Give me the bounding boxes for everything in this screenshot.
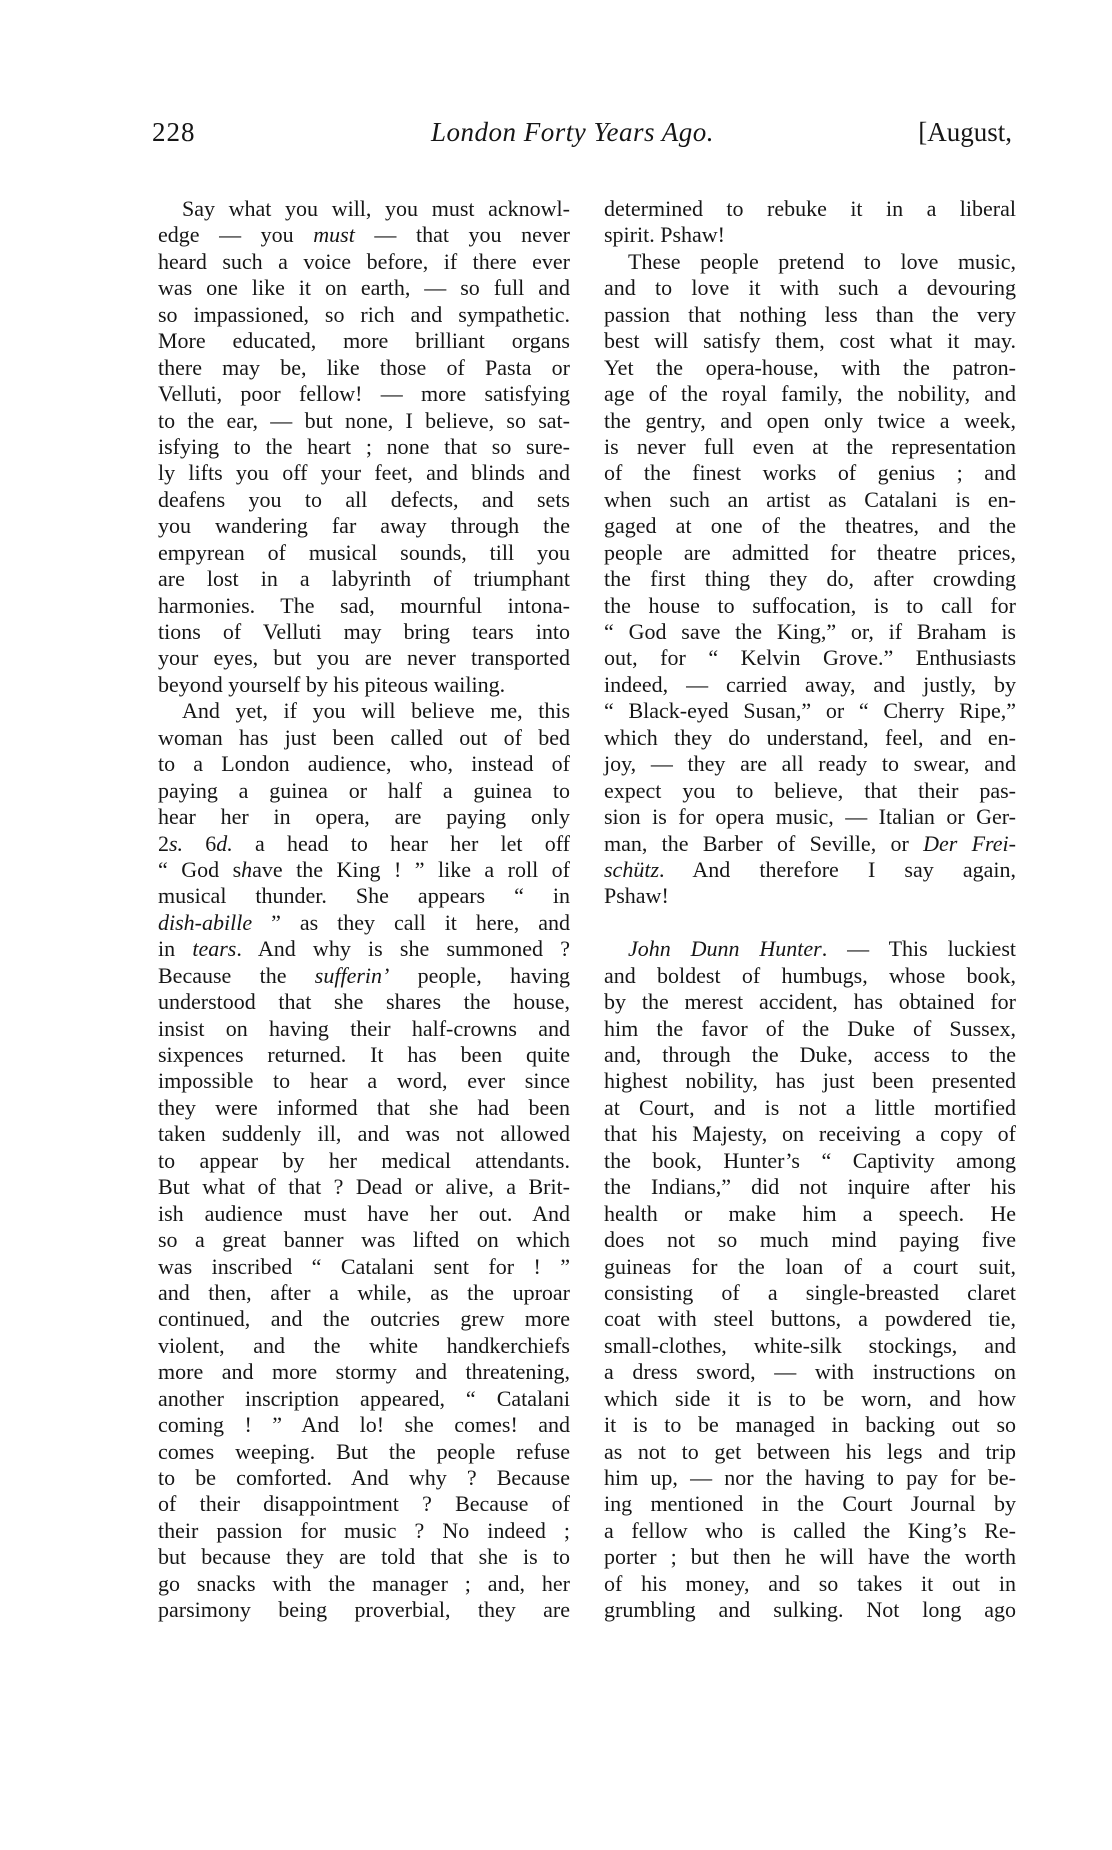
text: spirit. Pshaw!: [604, 222, 725, 247]
text-line: so a great banner was lifted on which: [158, 1227, 570, 1253]
text-line: grumbling and sulking. Not long ago: [604, 1597, 1016, 1623]
text: a fellow who is called the King’s Re-: [604, 1518, 1016, 1543]
text: that his Majesty, on receiving a copy of: [604, 1121, 1016, 1146]
text: small-clothes, white-silk stockings, and: [604, 1333, 1016, 1358]
text-line: are lost in a labyrinth of triumphant: [158, 566, 570, 592]
text-line: does not so much mind paying five: [604, 1227, 1016, 1253]
text: you wandering far away through the: [158, 513, 570, 538]
italic-text: John Dunn Hunter: [628, 936, 822, 961]
text: joy, — they are all ready to swear, and: [604, 751, 1016, 776]
text: so impassioned, so rich and sympathetic.: [158, 302, 570, 327]
text-line: a fellow who is called the King’s Re-: [604, 1518, 1016, 1544]
text-line: porter ; but then he will have the worth: [604, 1544, 1016, 1570]
text: 2: [158, 831, 169, 856]
text-line: And yet, if you will believe me, this: [158, 698, 570, 724]
text-line: ly lifts you off your feet, and blinds a…: [158, 460, 570, 486]
page-number: 228: [152, 114, 196, 150]
text: coat with steel buttons, a powdered tie,: [604, 1306, 1016, 1331]
text-line: was one like it on earth, — so full and: [158, 275, 570, 301]
text: by the merest accident, has obtained for: [604, 989, 1016, 1014]
text: man, the Barber of Seville, or: [604, 831, 923, 856]
text-line: health or make him a speech. He: [604, 1201, 1016, 1227]
italic-text: sufferin’: [315, 963, 390, 988]
text-line: so impassioned, so rich and sympathetic.: [158, 302, 570, 328]
text-line: John Dunn Hunter. — This luckiest: [604, 936, 1016, 962]
text-line: is never full even at the representation: [604, 434, 1016, 460]
text-line: in tears. And why is she summoned ?: [158, 936, 570, 962]
text: there may be, like those of Pasta or: [158, 355, 570, 380]
text-line: spirit. Pshaw!: [604, 222, 1016, 248]
issue-month: [August,: [918, 114, 1012, 150]
text-line: Pshaw!: [604, 883, 1016, 909]
text-line: people are admitted for theatre prices,: [604, 540, 1016, 566]
text: in: [158, 936, 192, 961]
text-line: [604, 910, 1016, 936]
text: 6: [183, 831, 216, 856]
text-line: age of the royal family, the nobility, a…: [604, 381, 1016, 407]
text-line: when such an artist as Catalani is en-: [604, 487, 1016, 513]
text: ” as they call it here, and: [252, 910, 570, 935]
text-line: more and more stormy and threatening,: [158, 1359, 570, 1385]
text-line: there may be, like those of Pasta or: [158, 355, 570, 381]
text-line: they were informed that she had been: [158, 1095, 570, 1121]
text-line: isfying to the heart ; none that so sure…: [158, 434, 570, 460]
text: people, having: [389, 963, 570, 988]
text: does not so much mind paying five: [604, 1227, 1016, 1252]
text-line: insist on having their half-crowns and: [158, 1016, 570, 1042]
text: . And why is she summoned ?: [236, 936, 570, 961]
text: and to love it with such a devouring: [604, 275, 1016, 300]
text: age of the royal family, the nobility, a…: [604, 381, 1016, 406]
text-line: comes weeping. But the people refuse: [158, 1439, 570, 1465]
text: understood that she shares the house,: [158, 989, 570, 1014]
text-line: the gentry, and open only twice a week,: [604, 408, 1016, 434]
text: more and more stormy and threatening,: [158, 1359, 570, 1384]
text-line: of the finest works of genius ; and: [604, 460, 1016, 486]
text-line: Velluti, poor fellow! — more satisfying: [158, 381, 570, 407]
text-line: ish audience must have her out. And: [158, 1201, 570, 1227]
text: as not to get between his legs and trip: [604, 1439, 1016, 1464]
text-line: woman has just been called out of bed: [158, 725, 570, 751]
text: impossible to hear a word, ever since: [158, 1068, 570, 1093]
text: highest nobility, has just been presente…: [604, 1068, 1016, 1093]
text: their passion for music ? No indeed ;: [158, 1518, 570, 1543]
text-line: empyrean of musical sounds, till you: [158, 540, 570, 566]
text-line: but because they are told that she is to: [158, 1544, 570, 1570]
text: consisting of a single-breasted claret: [604, 1280, 1016, 1305]
text: was inscribed “ Catalani sent for ! ”: [158, 1254, 570, 1279]
text: deafens you to all defects, and sets: [158, 487, 570, 512]
text-line: highest nobility, has just been presente…: [604, 1068, 1016, 1094]
text: harmonies. The sad, mournful intona-: [158, 593, 570, 618]
text: porter ; but then he will have the worth: [604, 1544, 1016, 1569]
italic-text: s.: [169, 831, 183, 856]
text-line: small-clothes, white-silk stockings, and: [604, 1333, 1016, 1359]
text-line: coat with steel buttons, a powdered tie,: [604, 1306, 1016, 1332]
text-line: him up, — nor the having to pay for be-: [604, 1465, 1016, 1491]
text-line: taken suddenly ill, and was not allowed: [158, 1121, 570, 1147]
text: the gentry, and open only twice a week,: [604, 408, 1016, 433]
text-line: indeed, — carried away, and justly, by: [604, 672, 1016, 698]
text: him the favor of the Duke of Sussex,: [604, 1016, 1016, 1041]
text-line: of their disappointment ? Because of: [158, 1491, 570, 1517]
text: ave the King ! ” like a roll of: [252, 857, 570, 882]
left-text-column: Say what you will, you must acknowl-edge…: [158, 196, 570, 1624]
text: sixpences returned. It has been quite: [158, 1042, 570, 1067]
italic-text: d.: [216, 831, 233, 856]
text: of his money, and so takes it out in: [604, 1571, 1016, 1596]
text: a dress sword, — with instructions on: [604, 1359, 1016, 1384]
text: gaged at one of the theatres, and the: [604, 513, 1016, 538]
text: empyrean of musical sounds, till you: [158, 540, 570, 565]
text-line: More educated, more brilliant organs: [158, 328, 570, 354]
right-text-column: determined to rebuke it in a liberalspir…: [604, 196, 1016, 1624]
text: grumbling and sulking. Not long ago: [604, 1597, 1016, 1622]
text-line: guineas for the loan of a court suit,: [604, 1254, 1016, 1280]
text: insist on having their half-crowns and: [158, 1016, 570, 1041]
text-line: dish-abille ” as they call it here, and: [158, 910, 570, 936]
text: passion that nothing less than the very: [604, 302, 1016, 327]
text-line: sixpences returned. It has been quite: [158, 1042, 570, 1068]
text-line: and, through the Duke, access to the: [604, 1042, 1016, 1068]
text-line: to a London audience, who, instead of: [158, 751, 570, 777]
text-line: sion is for opera music, — Italian or Ge…: [604, 804, 1016, 830]
text-line: heard such a voice before, if there ever: [158, 249, 570, 275]
text: comes weeping. But the people refuse: [158, 1439, 570, 1464]
text-line: that his Majesty, on receiving a copy of: [604, 1121, 1016, 1147]
text-line: Say what you will, you must acknowl-: [158, 196, 570, 222]
text-line: “ God save the King,” or, if Braham is: [604, 619, 1016, 645]
text-line: schütz. And therefore I say again,: [604, 857, 1016, 883]
text: a head to hear her let off: [233, 831, 570, 856]
text-line: joy, — they are all ready to swear, and: [604, 751, 1016, 777]
text: hear her in opera, are paying only: [158, 804, 570, 829]
text: “ God save the King,” or, if Braham is: [604, 619, 1016, 644]
text-line: paying a guinea or half a guinea to: [158, 778, 570, 804]
text: to the ear, — but none, I believe, so sa…: [158, 408, 570, 433]
text-line: harmonies. The sad, mournful intona-: [158, 593, 570, 619]
text: Yet the opera-house, with the patron-: [604, 355, 1016, 380]
text: guineas for the loan of a court suit,: [604, 1254, 1016, 1279]
text-line: out, for “ Kelvin Grove.” Enthusiasts: [604, 645, 1016, 671]
italic-text: schütz: [604, 857, 659, 882]
text: are lost in a labyrinth of triumphant: [158, 566, 570, 591]
text: so a great banner was lifted on which: [158, 1227, 570, 1252]
text: which side it is to be worn, and how: [604, 1386, 1016, 1411]
text-line: passion that nothing less than the very: [604, 302, 1016, 328]
text-line: continued, and the outcries grew more: [158, 1306, 570, 1332]
text: to a London audience, who, instead of: [158, 751, 570, 776]
text-line: Yet the opera-house, with the patron-: [604, 355, 1016, 381]
text: — that you never: [355, 222, 570, 247]
text-line: beyond yourself by his piteous wailing.: [158, 672, 570, 698]
text: tions of Velluti may bring tears into: [158, 619, 570, 644]
text: parsimony being proverbial, they are: [158, 1597, 570, 1622]
text: edge — you: [158, 222, 313, 247]
text-line: and to love it with such a devouring: [604, 275, 1016, 301]
text: Velluti, poor fellow! — more satisfying: [158, 381, 570, 406]
text: heard such a voice before, if there ever: [158, 249, 570, 274]
text: but because they are told that she is to: [158, 1544, 570, 1569]
text-line: Because the sufferin’ people, having: [158, 963, 570, 989]
text: taken suddenly ill, and was not allowed: [158, 1121, 570, 1146]
text-line: edge — you must — that you never: [158, 222, 570, 248]
text-line: of his money, and so takes it out in: [604, 1571, 1016, 1597]
text-line: as not to get between his legs and trip: [604, 1439, 1016, 1465]
text: But what of that ? Dead or alive, a Brit…: [158, 1174, 570, 1199]
text: And yet, if you will believe me, this: [182, 698, 570, 723]
text: go snacks with the manager ; and, her: [158, 1571, 570, 1596]
text: expect you to believe, that their pas-: [604, 778, 1016, 803]
text-line: hear her in opera, are paying only: [158, 804, 570, 830]
text-line: to be comforted. And why ? Because: [158, 1465, 570, 1491]
text: him up, — nor the having to pay for be-: [604, 1465, 1016, 1490]
text: continued, and the outcries grew more: [158, 1306, 570, 1331]
running-header: 228 London Forty Years Ago. [August,: [152, 114, 1032, 150]
text: is never full even at the representation: [604, 434, 1016, 459]
text: “ Black-eyed Susan,” or “ Cherry Ripe,”: [604, 698, 1016, 723]
text-line: 2s. 6d. a head to hear her let off: [158, 831, 570, 857]
text: ing mentioned in the Court Journal by: [604, 1491, 1016, 1516]
text: ish audience must have her out. And: [158, 1201, 570, 1226]
text-line: was inscribed “ Catalani sent for ! ”: [158, 1254, 570, 1280]
text-line: musical thunder. She appears “ in: [158, 883, 570, 909]
italic-text: tears: [192, 936, 236, 961]
text-line: you wandering far away through the: [158, 513, 570, 539]
text: which they do understand, feel, and en-: [604, 725, 1016, 750]
text-line: These people pretend to love music,: [604, 249, 1016, 275]
italic-text: h: [241, 857, 252, 882]
text: violent, and the white handkerchiefs: [158, 1333, 570, 1358]
text: woman has just been called out of bed: [158, 725, 570, 750]
text: people are admitted for theatre prices,: [604, 540, 1016, 565]
text-line: and boldest of humbugs, whose book,: [604, 963, 1016, 989]
text-line: it is to be managed in backing out so: [604, 1412, 1016, 1438]
text: of the finest works of genius ; and: [604, 460, 1016, 485]
text-line: best will satisfy them, cost what it may…: [604, 328, 1016, 354]
text: and then, after a while, as the uproar: [158, 1280, 570, 1305]
italic-text: dish-abille: [158, 910, 252, 935]
text-line: the first thing they do, after crowding: [604, 566, 1016, 592]
text: to be comforted. And why ? Because: [158, 1465, 570, 1490]
text: the Indians,” did not inquire after his: [604, 1174, 1016, 1199]
text: musical thunder. She appears “ in: [158, 883, 570, 908]
text-line: parsimony being proverbial, they are: [158, 1597, 570, 1623]
text-line: “ Black-eyed Susan,” or “ Cherry Ripe,”: [604, 698, 1016, 724]
text: the house to suffocation, is to call for: [604, 593, 1016, 618]
text: ly lifts you off your feet, and blinds a…: [158, 460, 570, 485]
text-line: violent, and the white handkerchiefs: [158, 1333, 570, 1359]
text: of their disappointment ? Because of: [158, 1491, 570, 1516]
text: was one like it on earth, — so full and: [158, 275, 570, 300]
italic-text: must: [313, 222, 355, 247]
text: your eyes, but you are never transported: [158, 645, 570, 670]
text-line: your eyes, but you are never transported: [158, 645, 570, 671]
text: they were informed that she had been: [158, 1095, 570, 1120]
text: and, through the Duke, access to the: [604, 1042, 1016, 1067]
text: isfying to the heart ; none that so sure…: [158, 434, 570, 459]
text: the book, Hunter’s “ Captivity among: [604, 1148, 1016, 1173]
text: it is to be managed in backing out so: [604, 1412, 1016, 1437]
text: and boldest of humbugs, whose book,: [604, 963, 1016, 988]
text-line: impossible to hear a word, ever since: [158, 1068, 570, 1094]
text-line: which they do understand, feel, and en-: [604, 725, 1016, 751]
text: Say what you will, you must acknowl-: [182, 196, 570, 221]
text-line: deafens you to all defects, and sets: [158, 487, 570, 513]
text: indeed, — carried away, and justly, by: [604, 672, 1016, 697]
text-line: consisting of a single-breasted claret: [604, 1280, 1016, 1306]
text-line: “ God shave the King ! ” like a roll of: [158, 857, 570, 883]
text: Pshaw!: [604, 883, 669, 908]
text: . — This luckiest: [822, 936, 1016, 961]
text: These people pretend to love music,: [628, 249, 1016, 274]
text: . And therefore I say again,: [659, 857, 1016, 882]
text: when such an artist as Catalani is en-: [604, 487, 1016, 512]
text: to appear by her medical attendants.: [158, 1148, 570, 1173]
running-title: London Forty Years Ago.: [431, 114, 714, 150]
text-line: tions of Velluti may bring tears into: [158, 619, 570, 645]
text: the first thing they do, after crowding: [604, 566, 1016, 591]
text-line: and then, after a while, as the uproar: [158, 1280, 570, 1306]
text-line: a dress sword, — with instructions on: [604, 1359, 1016, 1385]
text: paying a guinea or half a guinea to: [158, 778, 570, 803]
italic-text: Der Frei-: [923, 831, 1016, 856]
text-line: gaged at one of the theatres, and the: [604, 513, 1016, 539]
text: at Court, and is not a little mortified: [604, 1095, 1016, 1120]
text: “ God s: [158, 857, 241, 882]
text-line: go snacks with the manager ; and, her: [158, 1571, 570, 1597]
text-line: which side it is to be worn, and how: [604, 1386, 1016, 1412]
text-line: the book, Hunter’s “ Captivity among: [604, 1148, 1016, 1174]
text-line: coming ! ” And lo! she comes! and: [158, 1412, 570, 1438]
text-line: man, the Barber of Seville, or Der Frei-: [604, 831, 1016, 857]
text: More educated, more brilliant organs: [158, 328, 570, 353]
text-line: to appear by her medical attendants.: [158, 1148, 570, 1174]
text: Because the: [158, 963, 315, 988]
text-line: another inscription appeared, “ Catalani: [158, 1386, 570, 1412]
text: health or make him a speech. He: [604, 1201, 1016, 1226]
text-line: understood that she shares the house,: [158, 989, 570, 1015]
text: coming ! ” And lo! she comes! and: [158, 1412, 570, 1437]
text: beyond yourself by his piteous wailing.: [158, 672, 505, 697]
text-line: the Indians,” did not inquire after his: [604, 1174, 1016, 1200]
text: determined to rebuke it in a liberal: [604, 196, 1016, 221]
text-line: But what of that ? Dead or alive, a Brit…: [158, 1174, 570, 1200]
text: out, for “ Kelvin Grove.” Enthusiasts: [604, 645, 1016, 670]
text: best will satisfy them, cost what it may…: [604, 328, 1016, 353]
text-line: expect you to believe, that their pas-: [604, 778, 1016, 804]
text: another inscription appeared, “ Catalani: [158, 1386, 570, 1411]
text-line: at Court, and is not a little mortified: [604, 1095, 1016, 1121]
text-line: to the ear, — but none, I believe, so sa…: [158, 408, 570, 434]
text-line: their passion for music ? No indeed ;: [158, 1518, 570, 1544]
text-line: by the merest accident, has obtained for: [604, 989, 1016, 1015]
text-line: him the favor of the Duke of Sussex,: [604, 1016, 1016, 1042]
text-line: the house to suffocation, is to call for: [604, 593, 1016, 619]
text-line: ing mentioned in the Court Journal by: [604, 1491, 1016, 1517]
text: sion is for opera music, — Italian or Ge…: [604, 804, 1016, 829]
text-line: determined to rebuke it in a liberal: [604, 196, 1016, 222]
